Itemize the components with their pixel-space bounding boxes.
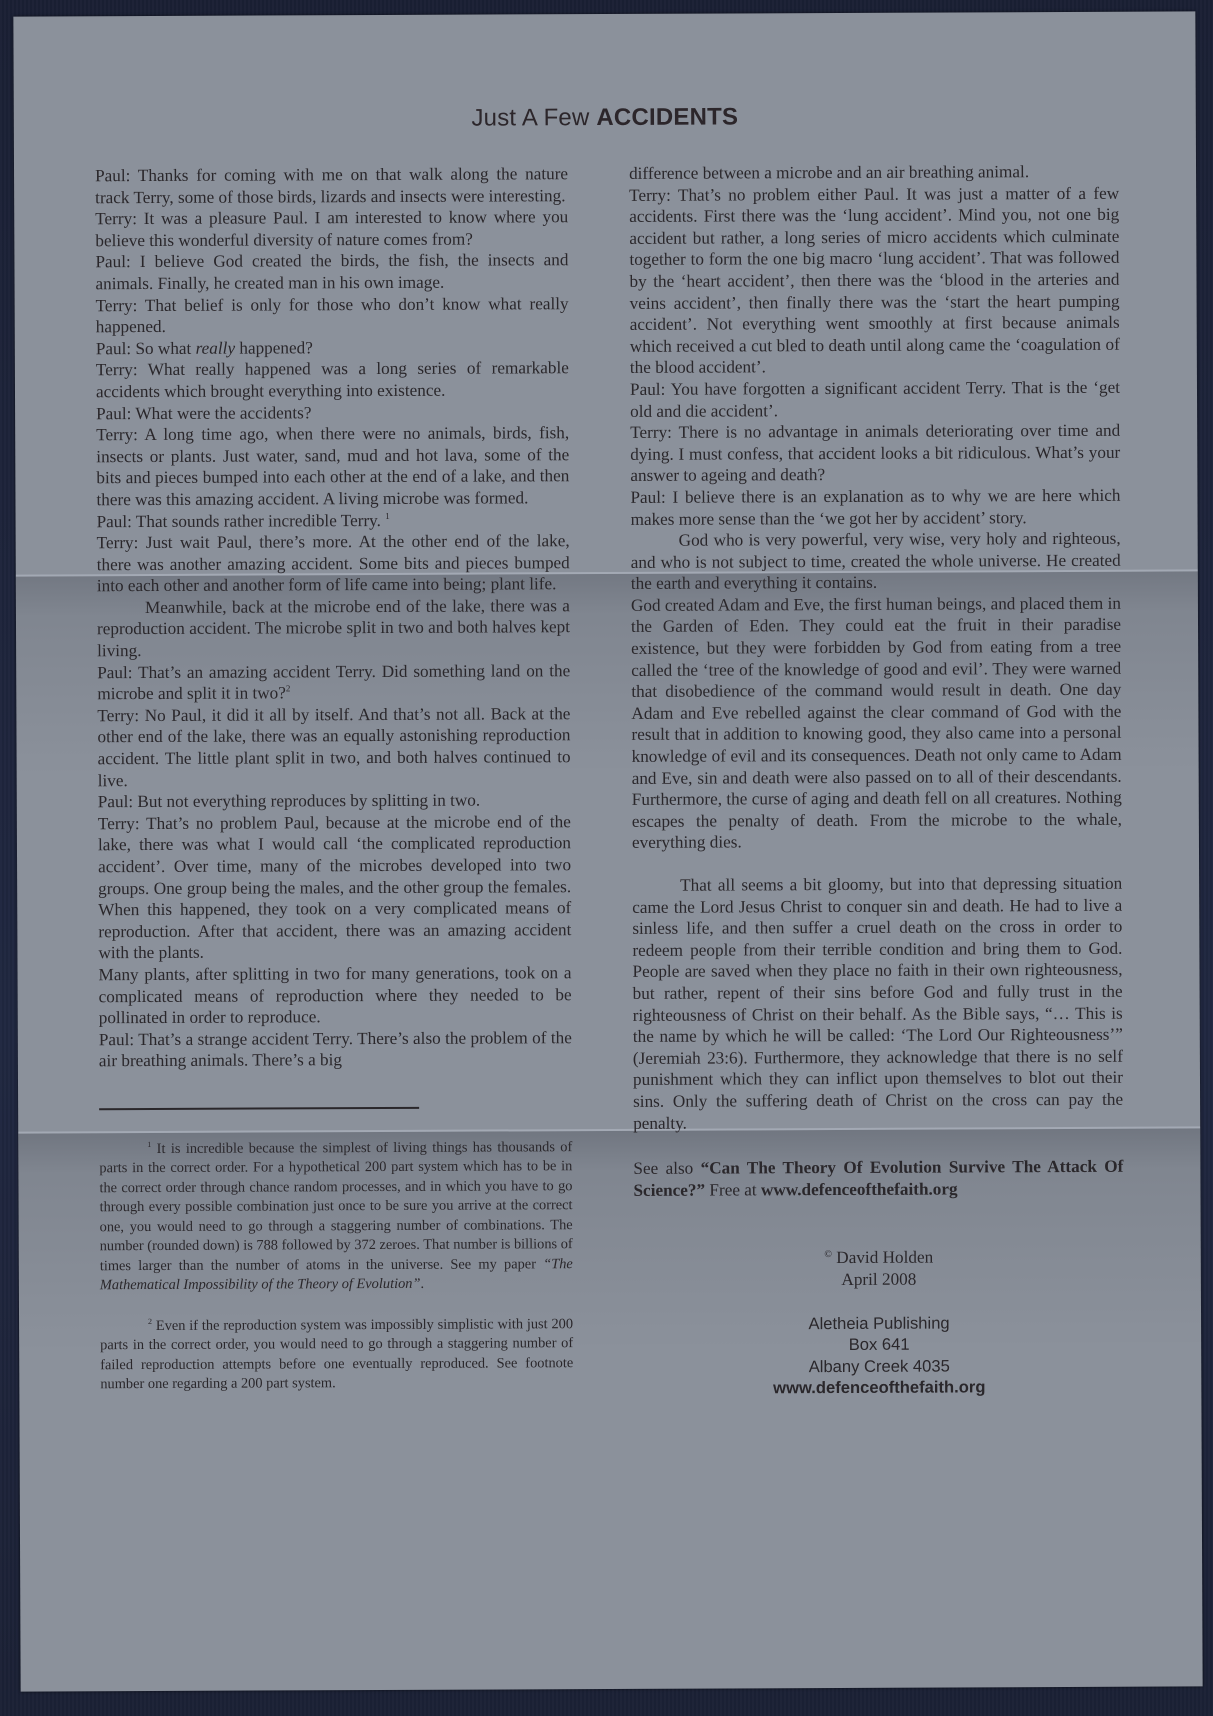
dialogue-line: Many plants, after splitting in two for … [98, 962, 571, 1029]
footnote-number: 1 [147, 1140, 151, 1149]
dialogue-line: Terry: It was a pleasure Paul. I am inte… [95, 206, 568, 251]
narrative-paragraph: Meanwhile, back at the microbe end of th… [97, 595, 570, 662]
copyright-icon: © [824, 1249, 832, 1260]
emphasis-text: really [196, 338, 236, 357]
dialogue-line: Terry: There is no advantage in animals … [630, 420, 1120, 487]
publisher-block: Aletheia Publishing Box 641 Albany Creek… [634, 1311, 1124, 1399]
text-run: See also [633, 1159, 700, 1178]
dialogue-line: Terry: No Paul, it did it all by itself.… [97, 703, 570, 791]
printed-page: Just A Few ACCIDENTS Paul: Thanks for co… [13, 11, 1202, 1691]
text-run: Paul: That’s an amazing accident Terry. … [97, 661, 570, 704]
dialogue-line: Paul: I believe God created the birds, t… [95, 250, 568, 295]
dialogue-line: Terry: That’s no problem either Paul. It… [629, 182, 1120, 378]
publisher-name: Aletheia Publishing [634, 1311, 1124, 1335]
left-column: Paul: Thanks for coming with me on that … [95, 163, 573, 1395]
footnote-text: It is incredible because the simplest of… [99, 1139, 572, 1274]
dialogue-line: Paul: But not everything reproduces by s… [98, 789, 571, 813]
dialogue-line: Paul: What were the accidents? [96, 401, 569, 425]
dialogue-line: Paul: That’s a strange accident Terry. T… [99, 1027, 572, 1072]
dialogue-line: Paul: Thanks for coming with me on that … [95, 163, 568, 208]
right-column: difference between a microbe and an air … [629, 161, 1124, 1400]
copyright-block: © David Holden April 2008 [634, 1243, 1124, 1291]
footnote-text: Even if the reproduction system was impo… [100, 1316, 573, 1393]
see-also-note: See also “Can The Theory Of Evolution Su… [633, 1156, 1123, 1201]
narrative-paragraph: God who is very powerful, very wise, ver… [631, 528, 1121, 595]
text-run: . [420, 1276, 424, 1292]
title-light: Just A Few [471, 104, 589, 132]
text-run: Paul: That sounds rather incredible Terr… [97, 510, 381, 530]
author-name: David Holden [836, 1248, 933, 1267]
dialogue-line: Terry: A long time ago, when there were … [96, 422, 569, 510]
dialogue-line: difference between a microbe and an air … [629, 161, 1119, 185]
dialogue-line: Terry: That’s no problem Paul, because a… [98, 811, 572, 964]
footnote-2: 2 Even if the reproduction system was im… [100, 1315, 573, 1395]
footnote-ref-1: 1 [385, 510, 390, 520]
text-run: Free at [705, 1180, 761, 1199]
spacer [100, 1294, 573, 1317]
narrative-paragraph: God created Adam and Eve, the first huma… [631, 593, 1122, 854]
page-title: Just A Few ACCIDENTS [14, 101, 1196, 134]
publisher-locality: Albany Creek 4035 [634, 1354, 1124, 1378]
footnote-separator [99, 1107, 419, 1110]
dialogue-line: Paul: That sounds rather incredible Terr… [97, 509, 570, 533]
title-bold: ACCIDENTS [596, 103, 738, 131]
footnote-1: 1 It is incredible because the simplest … [99, 1138, 573, 1296]
publisher-website-link[interactable]: www.defenceofthefaith.org [634, 1376, 1124, 1400]
text-run: Paul: So what [96, 339, 196, 358]
publish-date: April 2008 [634, 1268, 1124, 1292]
dialogue-line: Terry: That belief is only for those who… [96, 293, 569, 338]
text-run: happened? [235, 338, 313, 357]
footnote-number: 2 [148, 1317, 152, 1326]
dialogue-line: Paul: So what really happened? [96, 336, 569, 360]
dialogue-line: Paul: You have forgotten a significant a… [630, 377, 1120, 422]
author-line: © David Holden [634, 1243, 1124, 1270]
dialogue-line: Terry: Just wait Paul, there’s more. At … [97, 530, 570, 597]
see-also-link[interactable]: www.defenceofthefaith.org [761, 1179, 958, 1199]
dialogue-line: Terry: What really happened was a long s… [96, 358, 569, 403]
narrative-paragraph: That all seems a bit gloomy, but into th… [632, 873, 1123, 1134]
publisher-box: Box 641 [634, 1333, 1124, 1357]
footnote-ref-2: 2 [286, 684, 291, 694]
spacer [632, 852, 1122, 875]
dialogue-line: Paul: That’s an amazing accident Terry. … [97, 660, 570, 705]
dialogue-line: Paul: I believe there is an explanation … [630, 485, 1120, 530]
